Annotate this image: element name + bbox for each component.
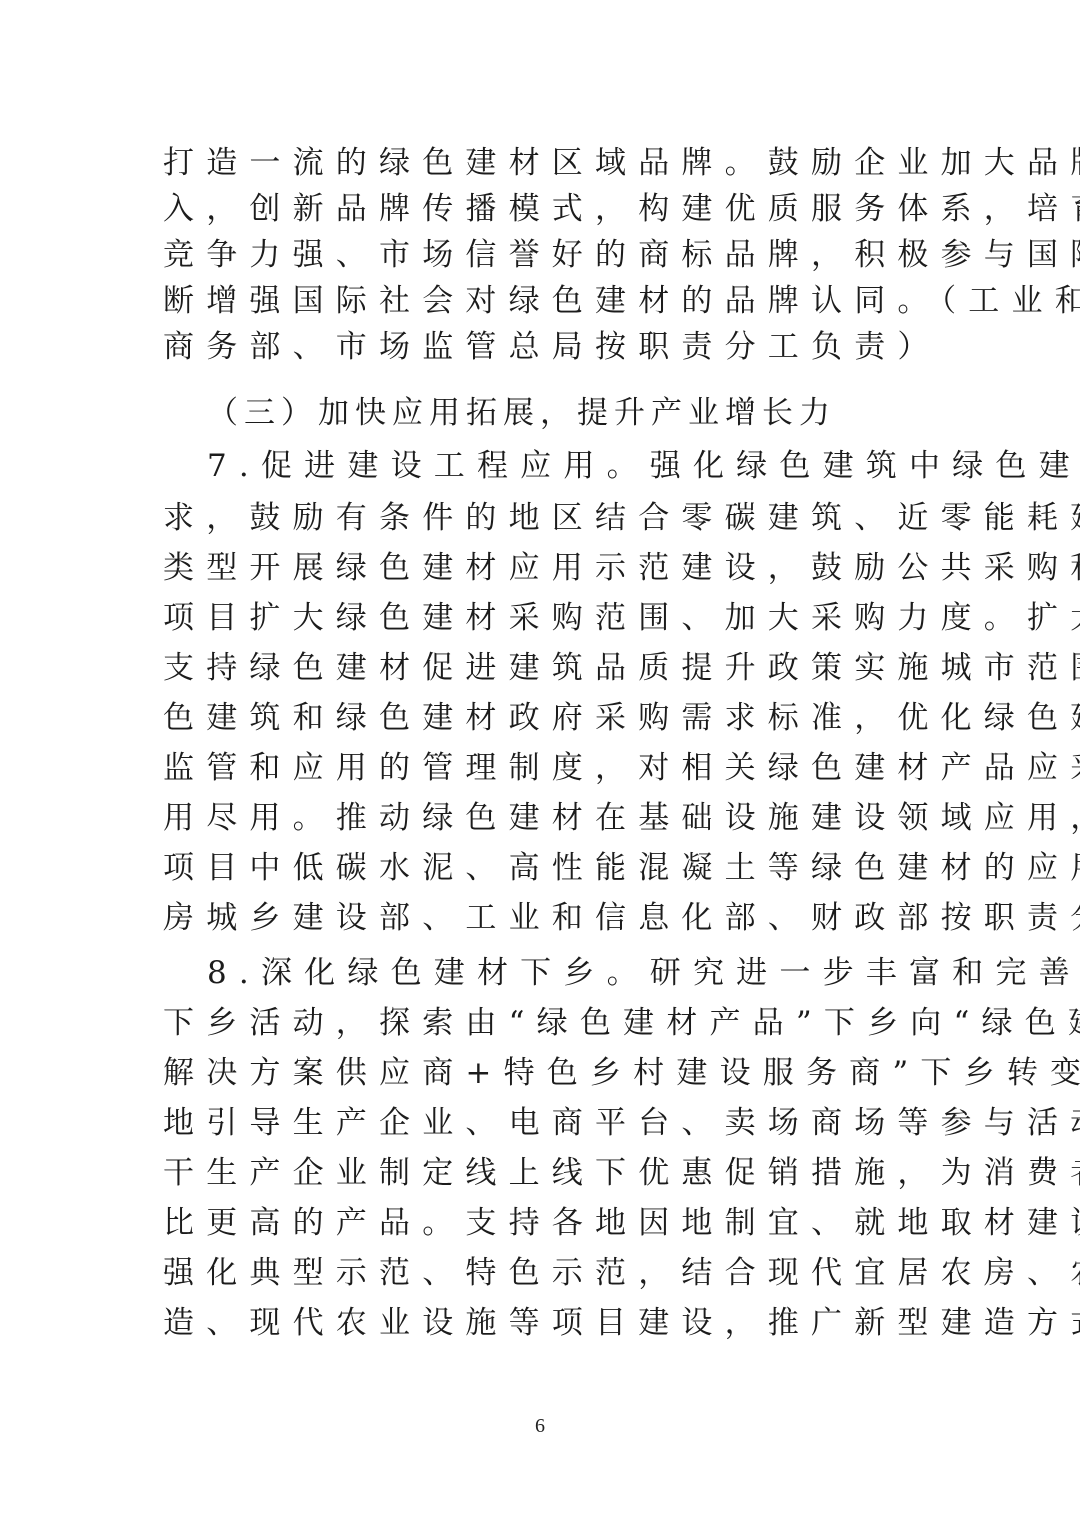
- paragraph-line: 竞争力强、市场信誉好的商标品牌，积极参与国际合作，不: [163, 232, 923, 278]
- paragraph-line: 求，鼓励有条件的地区结合零碳建筑、近零能耗建筑等建筑: [163, 495, 923, 541]
- item-8-first-line: 8.深化绿色建材下乡。研究进一步丰富和完善绿色建材: [207, 950, 967, 996]
- paragraph-line: 入，创新品牌传播模式，构建优质服务体系，培育特色鲜明、: [163, 186, 923, 232]
- paragraph-line: 比更高的产品。支持各地因地制宜、就地取材建设示范工程，: [163, 1200, 923, 1246]
- paragraph-line: 类型开展绿色建材应用示范建设，鼓励公共采购和市场投资: [163, 545, 923, 591]
- paragraph-line: 商务部、市场监管总局按职责分工负责）: [163, 324, 923, 370]
- paragraph-line: 强化典型示范、特色示范，结合现代宜居农房、农房节能改: [163, 1250, 923, 1296]
- paragraph-line: 项目扩大绿色建材采购范围、加大采购力度。扩大政府采购: [163, 595, 923, 641]
- paragraph-line: 支持绿色建材促进建筑品质提升政策实施城市范围，完善绿: [163, 645, 923, 691]
- paragraph-line: 解决方案供应商+特色乡村建设服务商”下乡转变。支持各: [163, 1050, 923, 1096]
- paragraph-line: 干生产企业制定线上线下优惠促销措施，为消费者提供性价: [163, 1150, 923, 1196]
- paragraph-line: 造、现代农业设施等项目建设，推广新型建造方式，培育绿: [163, 1300, 923, 1346]
- paragraph-line: 色建筑和绿色建材政府采购需求标准，优化绿色建材采购、: [163, 695, 923, 741]
- paragraph-line: 地引导生产企业、电商平台、卖场商场等参与活动，鼓励骨: [163, 1100, 923, 1146]
- item-7-first-line: 7.促进建设工程应用。强化绿色建筑中绿色建材选用要: [207, 443, 967, 489]
- document-page: 打造一流的绿色建材区域品牌。鼓励企业加大品牌建设投 入，创新品牌传播模式，构建优…: [0, 0, 1080, 1527]
- paragraph-line: 断增强国际社会对绿色建材的品牌认同。（工业和信息化部、: [163, 278, 923, 324]
- paragraph-line: 监管和应用的管理制度，对相关绿色建材产品应采尽采、应: [163, 745, 923, 791]
- paragraph-line: 打造一流的绿色建材区域品牌。鼓励企业加大品牌建设投: [163, 140, 923, 186]
- paragraph-line: 用尽用。推动绿色建材在基础设施建设领域应用，提高工程: [163, 795, 923, 841]
- paragraph-line: 下乡活动，探索由“绿色建材产品”下乡向“绿色建材系统: [163, 1000, 923, 1046]
- paragraph-line: 房城乡建设部、工业和信息化部、财政部按职责分工负责）: [163, 895, 923, 941]
- section-heading: （三）加快应用拓展，提升产业增长力: [207, 390, 836, 436]
- page-number: 6: [0, 1414, 1080, 1438]
- paragraph-line: 项目中低碳水泥、高性能混凝土等绿色建材的应用比例。（住: [163, 845, 923, 891]
